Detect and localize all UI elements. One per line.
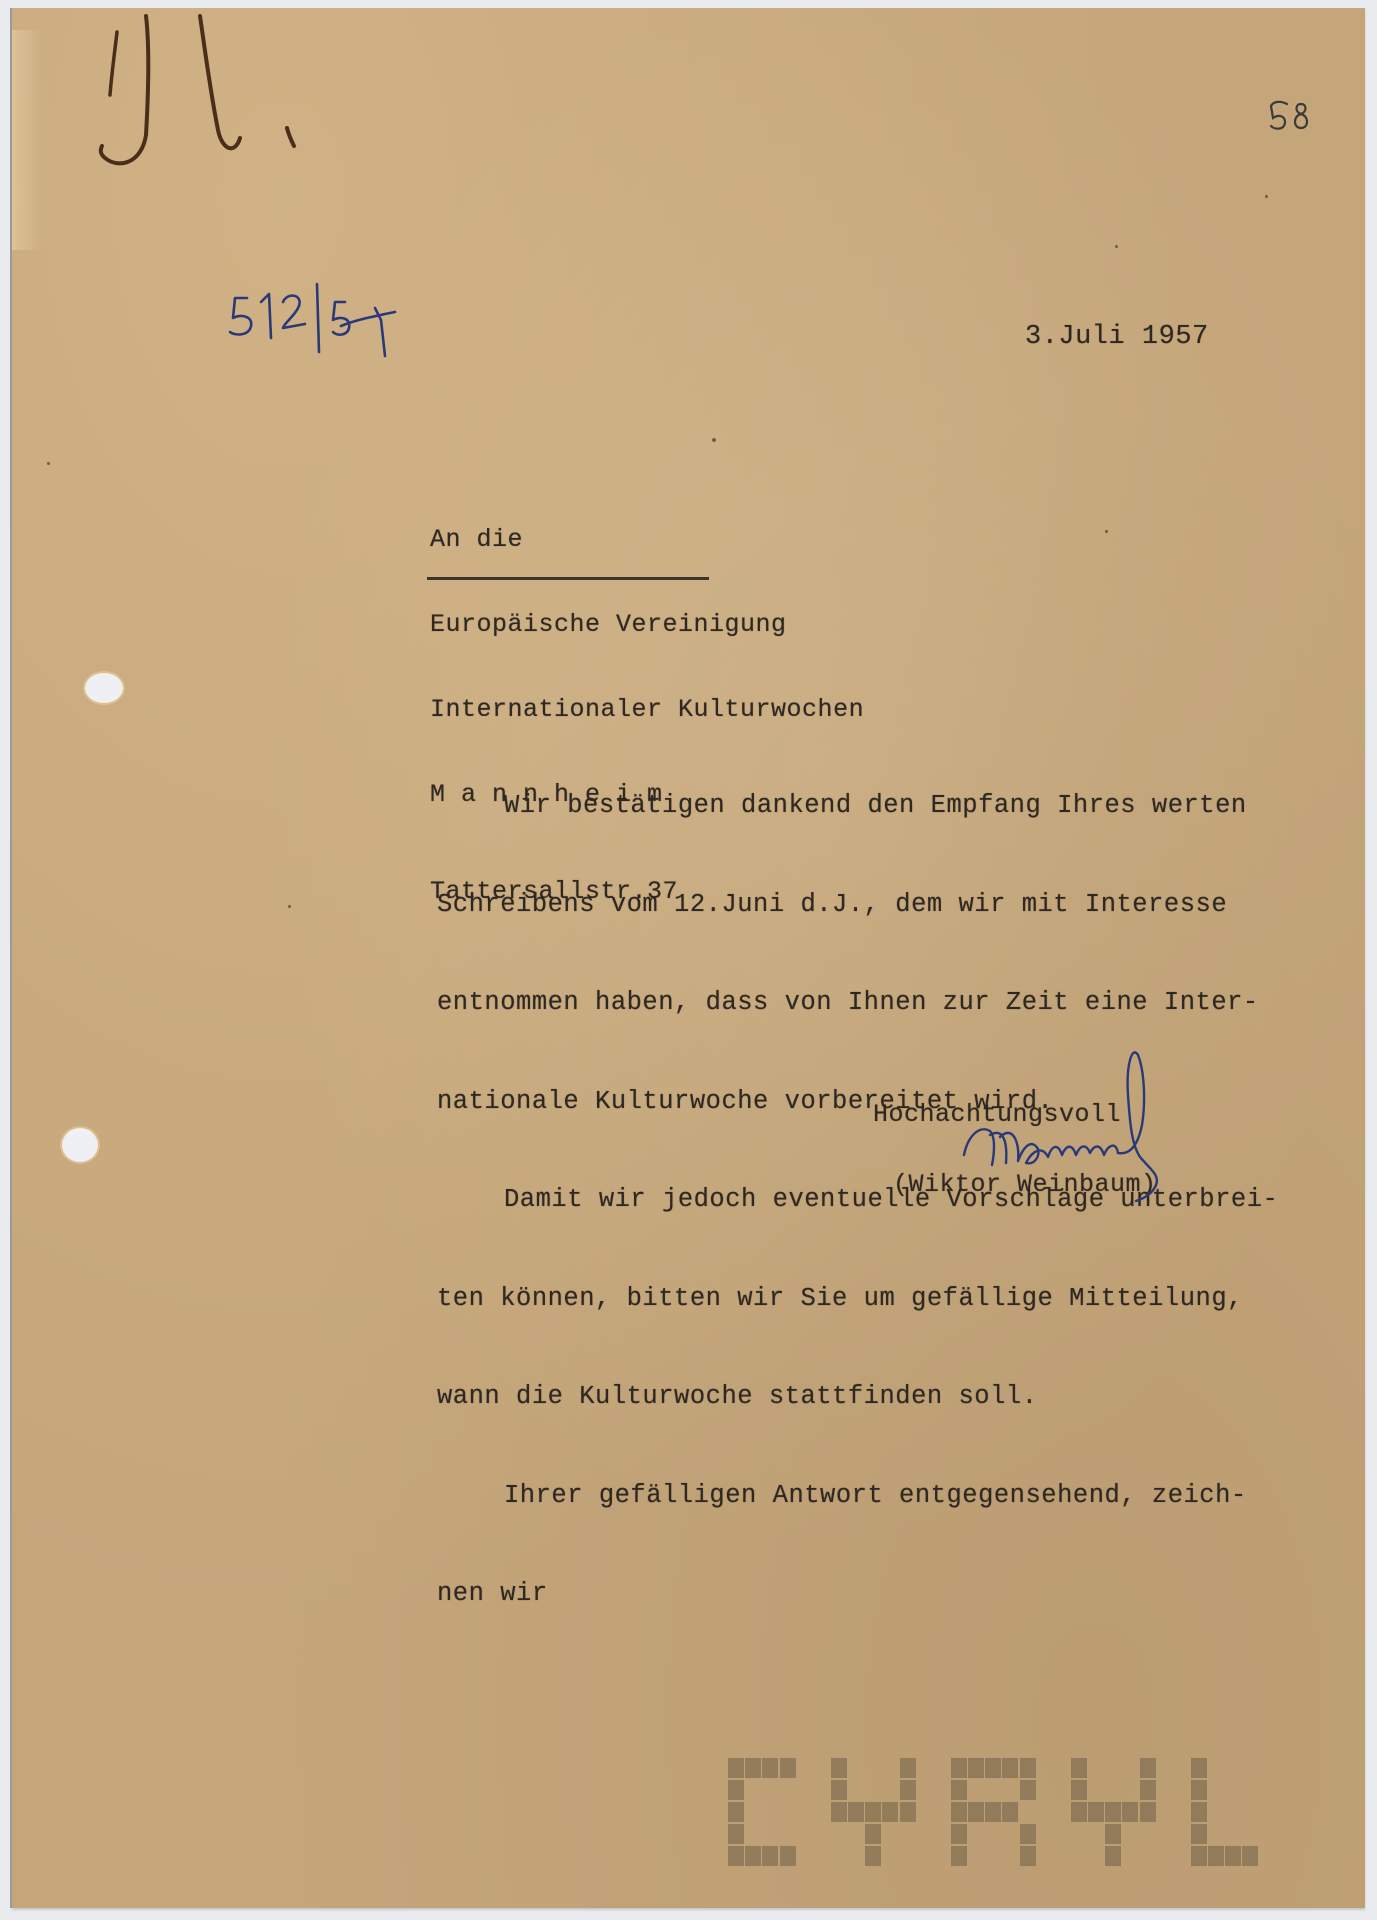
watermark-block xyxy=(985,1758,1001,1778)
watermark-block xyxy=(1191,1802,1207,1822)
address-line-organization-2: Internationaler Kulturwochen xyxy=(430,696,864,723)
punch-hole-lower xyxy=(62,1128,98,1162)
body-line: entnommen haben, dass von Ihnen zur Zeit… xyxy=(437,983,1278,1024)
watermark-block xyxy=(728,1780,744,1800)
paper-fold-crease xyxy=(12,30,42,250)
watermark-block xyxy=(968,1758,984,1778)
watermark-block xyxy=(968,1802,984,1822)
watermark-block xyxy=(900,1780,916,1800)
watermark-block xyxy=(951,1758,967,1778)
body-line: wann die Kulturwoche stattfinden soll. xyxy=(437,1377,1278,1418)
watermark-block xyxy=(762,1846,778,1866)
watermark-block xyxy=(1002,1802,1018,1822)
watermark-block xyxy=(780,1846,796,1866)
watermark-block xyxy=(951,1780,967,1800)
body-line: nen wir xyxy=(437,1574,1278,1615)
watermark-block xyxy=(882,1802,898,1822)
watermark-block xyxy=(1071,1802,1087,1822)
watermark-block xyxy=(1020,1824,1036,1844)
watermark-block xyxy=(865,1824,881,1844)
watermark-block xyxy=(1020,1780,1036,1800)
watermark-block xyxy=(728,1802,744,1822)
watermark-block xyxy=(728,1846,744,1866)
watermark-block xyxy=(1088,1802,1104,1822)
punch-hole-upper xyxy=(85,673,123,703)
watermark-block xyxy=(1140,1758,1156,1778)
watermark-block xyxy=(728,1824,744,1844)
address-line-salutation: An die xyxy=(430,526,864,553)
watermark-block xyxy=(831,1758,847,1778)
watermark-block xyxy=(762,1758,778,1778)
watermark-block xyxy=(1105,1802,1121,1822)
watermark-block xyxy=(780,1758,796,1778)
watermark-block xyxy=(1071,1780,1087,1800)
watermark-block xyxy=(1208,1846,1224,1866)
watermark-block xyxy=(745,1758,761,1778)
watermark-block xyxy=(865,1846,881,1866)
watermark-block xyxy=(848,1802,864,1822)
watermark-block xyxy=(951,1802,967,1822)
watermark-block xyxy=(1020,1846,1036,1866)
watermark-block xyxy=(728,1758,744,1778)
watermark-block xyxy=(1225,1846,1241,1866)
watermark-block xyxy=(1002,1758,1018,1778)
watermark-block xyxy=(865,1802,881,1822)
watermark-block xyxy=(1122,1802,1138,1822)
watermark-block xyxy=(745,1846,761,1866)
watermark-block xyxy=(1191,1780,1207,1800)
watermark-block xyxy=(1242,1846,1258,1866)
city-underline xyxy=(427,577,709,580)
body-line: Ihrer gefälligen Antwort entgegensehend,… xyxy=(437,1476,1278,1517)
body-line: ten können, bitten wir Sie um gefällige … xyxy=(437,1279,1278,1320)
handwritten-reference-number xyxy=(225,280,415,365)
signature xyxy=(960,1045,1220,1205)
watermark-block xyxy=(1071,1758,1087,1778)
watermark-block xyxy=(1140,1802,1156,1822)
handwritten-page-number xyxy=(1265,98,1315,138)
watermark-block xyxy=(951,1824,967,1844)
watermark-block xyxy=(1020,1758,1036,1778)
watermark-block xyxy=(1191,1824,1207,1844)
body-line: Wir bestätigen dankend den Empfang Ihres… xyxy=(437,786,1278,827)
watermark-block xyxy=(831,1780,847,1800)
watermark-block xyxy=(1105,1824,1121,1844)
watermark-block xyxy=(1191,1758,1207,1778)
paper-speck xyxy=(1265,195,1268,198)
paper-speck xyxy=(47,462,50,465)
watermark-block xyxy=(1191,1846,1207,1866)
watermark-block xyxy=(831,1802,847,1822)
watermark-block xyxy=(1105,1846,1121,1866)
watermark-block xyxy=(900,1802,916,1822)
watermark-block xyxy=(900,1758,916,1778)
address-line-organization: Europäische Vereinigung xyxy=(430,611,864,638)
paper-speck xyxy=(712,438,716,442)
watermark-block xyxy=(985,1802,1001,1822)
paper-speck xyxy=(288,905,291,908)
handwritten-number-91 xyxy=(80,10,300,170)
paper-speck xyxy=(1105,530,1108,533)
watermark-block xyxy=(1140,1780,1156,1800)
body-line: Schreibens vom 12.Juni d.J., dem wir mit… xyxy=(437,885,1278,926)
letter-date: 3.Juli 1957 xyxy=(1025,322,1209,352)
watermark-block xyxy=(951,1846,967,1866)
paper-speck xyxy=(1115,245,1118,248)
